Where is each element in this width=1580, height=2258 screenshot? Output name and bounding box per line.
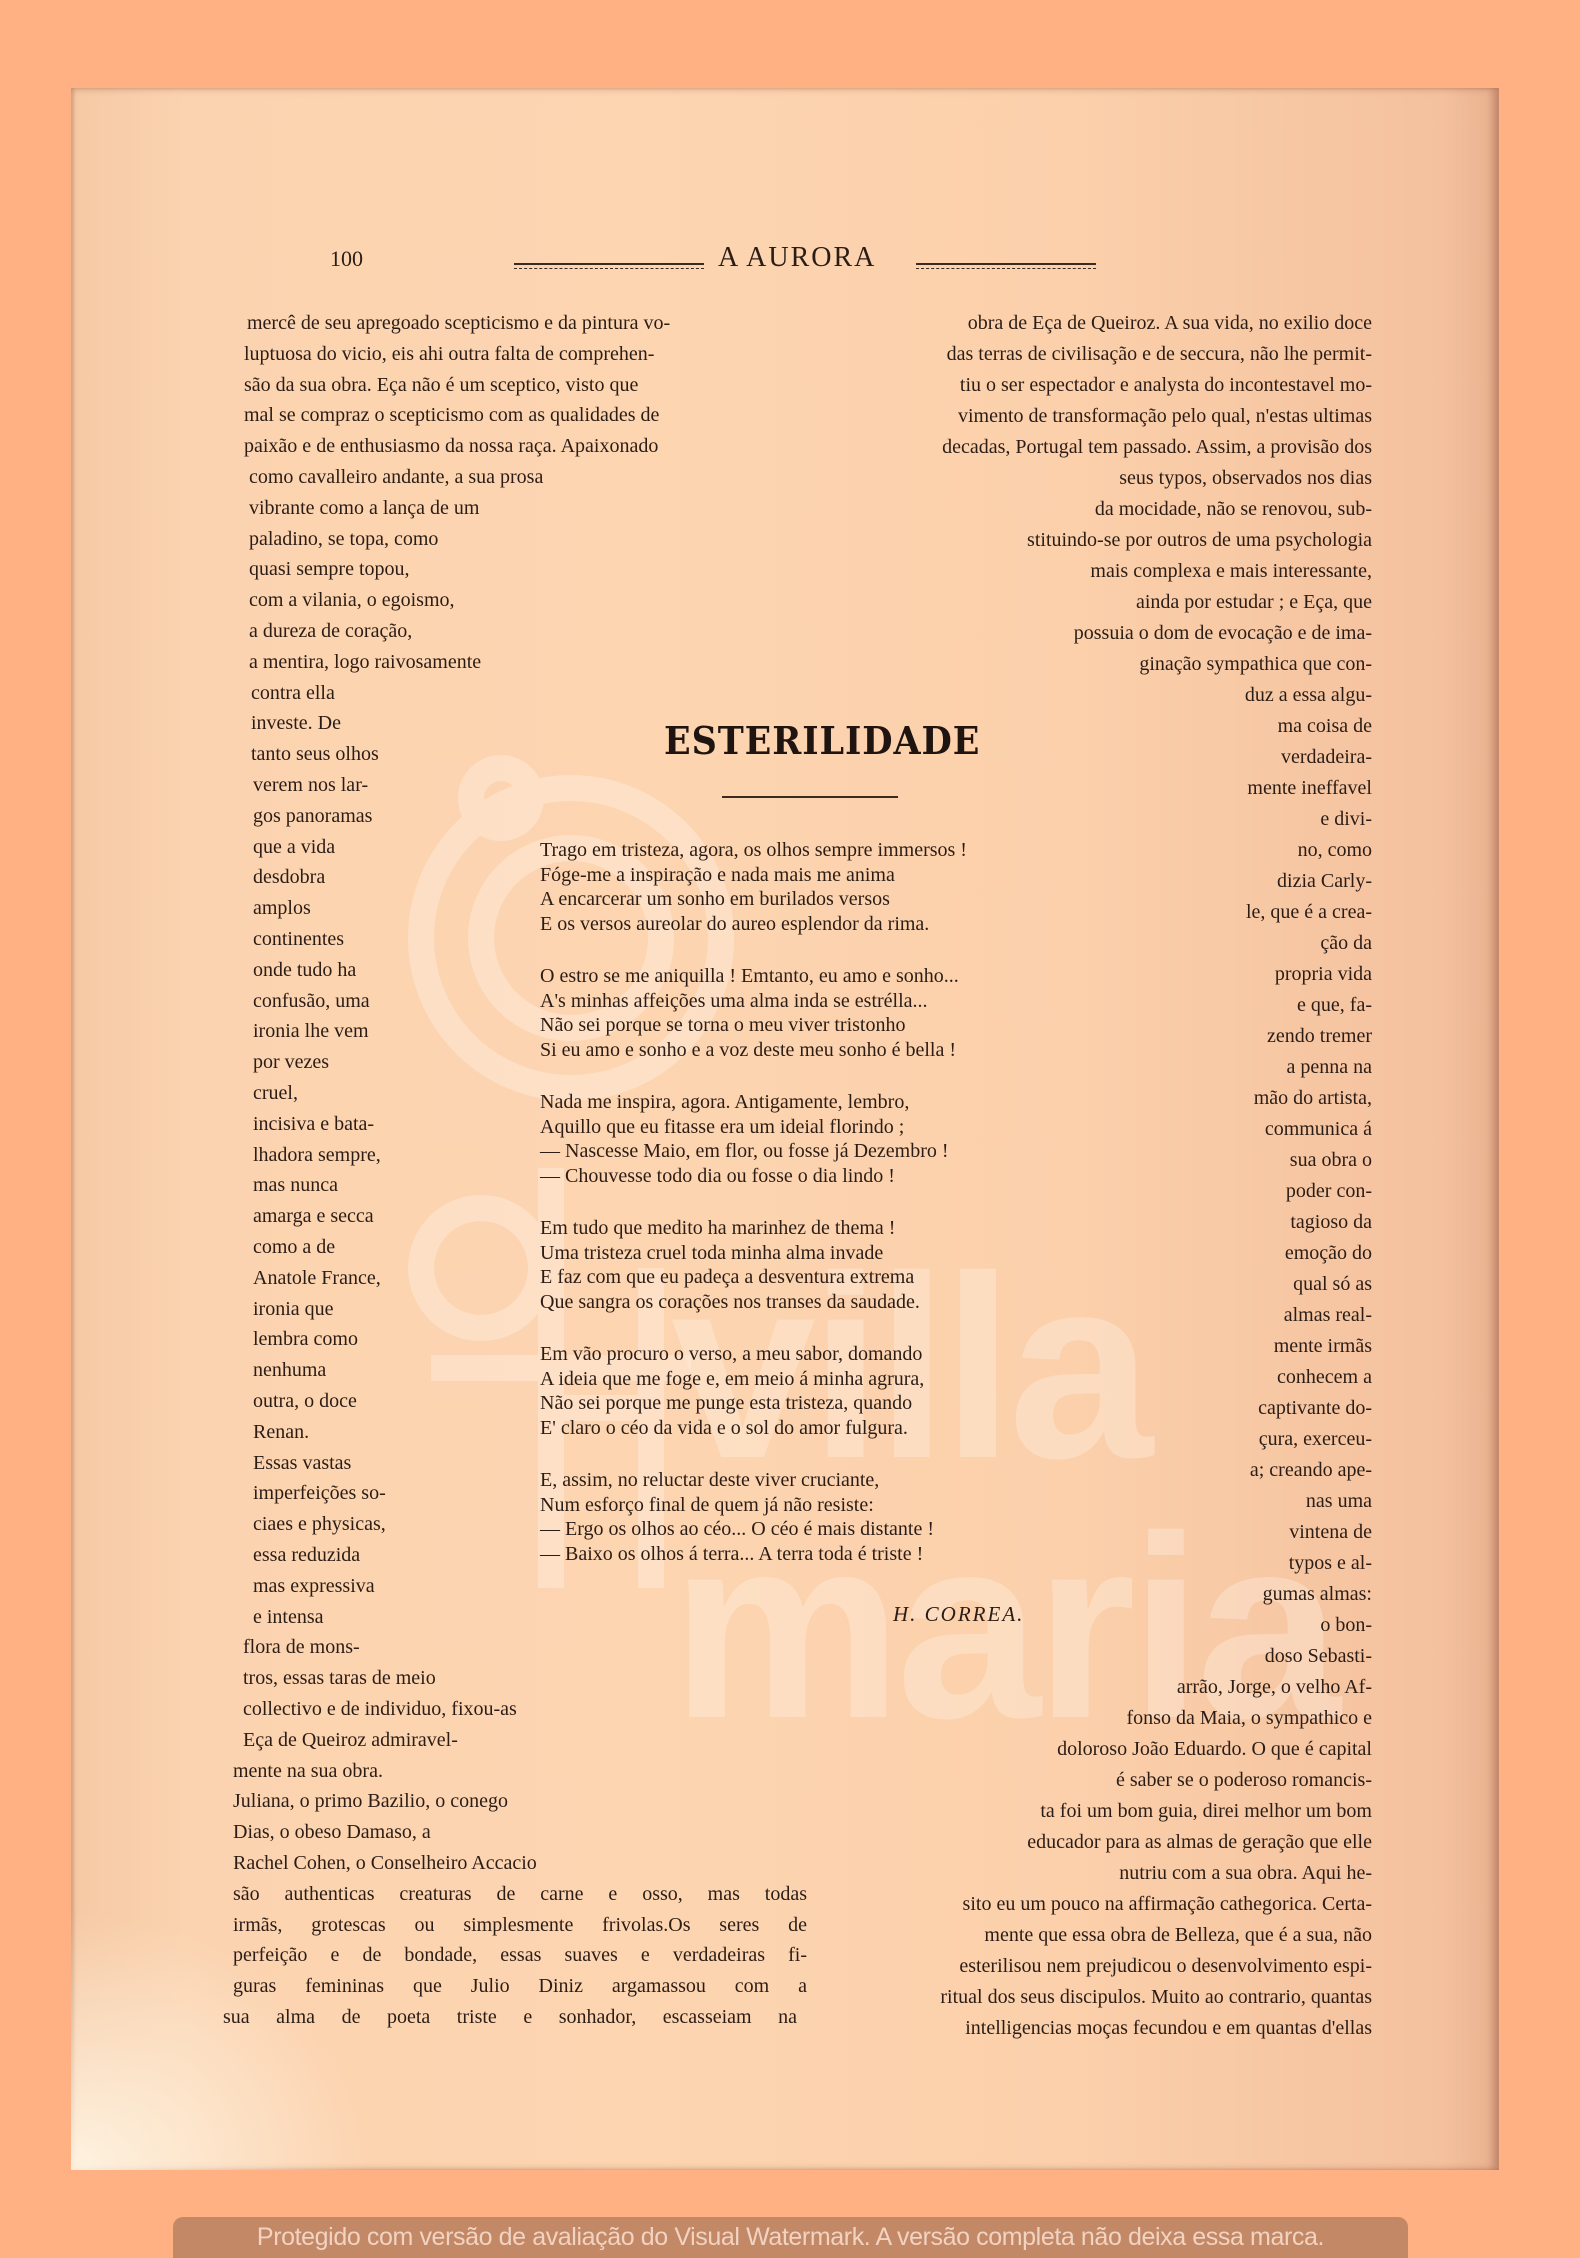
- left-column-line: como cavalleiro andante, a sua prosa: [249, 462, 543, 493]
- left-column-line: amplos: [253, 893, 311, 924]
- right-column-line: qual só as: [1293, 1269, 1372, 1300]
- poem-title: ESTERILIDADE: [664, 718, 980, 763]
- right-column-line: emoção do: [1285, 1238, 1372, 1269]
- right-column-line: arrão, Jorge, o velho Af-: [1177, 1672, 1372, 1703]
- right-column-line: mente que essa obra de Belleza, que é a …: [984, 1920, 1372, 1951]
- left-column-line: irmãs, grotescas ou simplesmente frivola…: [233, 1910, 807, 1941]
- left-column-line: continentes: [253, 924, 344, 955]
- right-column-line: das terras de civilisação e de seccura, …: [947, 339, 1372, 370]
- left-column-line: vibrante como a lança de um: [249, 493, 479, 524]
- right-column-line: ainda por estudar ; e Eça, que: [1136, 587, 1372, 618]
- header-rule-right: [916, 263, 1096, 269]
- right-column-line: no, como: [1298, 835, 1372, 866]
- left-column-line: ciaes e physicas,: [253, 1509, 386, 1540]
- left-column-line: amarga e secca: [253, 1201, 374, 1232]
- right-column-line: doloroso João Eduardo. O que é capital: [1057, 1734, 1372, 1765]
- poem-line: Uma tristeza cruel toda minha alma invad…: [540, 1241, 883, 1265]
- right-column-line: conhecem a: [1277, 1362, 1372, 1393]
- right-column-line: mente ineffavel: [1247, 773, 1372, 804]
- left-column-line: incisiva e bata-: [253, 1109, 374, 1140]
- header-rule-left: [514, 263, 704, 269]
- right-column-line: da mocidade, não se renovou, sub-: [1095, 494, 1372, 525]
- left-column-line: lhadora sempre,: [253, 1140, 381, 1171]
- right-column-line: gumas almas:: [1263, 1579, 1372, 1610]
- left-column-line: flora de mons-: [243, 1632, 360, 1663]
- left-column-line: Anatole France,: [253, 1263, 381, 1294]
- right-column-line: nutriu com a sua obra. Aqui he-: [1119, 1858, 1372, 1889]
- left-column-line: com a vilania, o egoismo,: [249, 585, 455, 616]
- left-column-line: onde tudo ha: [253, 955, 356, 986]
- right-column-line: ma coisa de: [1278, 711, 1372, 742]
- left-column-line: imperfeições so-: [253, 1478, 386, 1509]
- left-column-line: Juliana, o primo Bazilio, o conego: [233, 1786, 508, 1817]
- right-column-line: possuia o dom de evocação e de ima-: [1074, 618, 1372, 649]
- poem-line: Fóge-me a inspiração e nada mais me anim…: [540, 863, 895, 887]
- left-column-line: que a vida: [253, 832, 335, 863]
- right-column-line: mão do artista,: [1254, 1083, 1372, 1114]
- poem-line: Aquillo que eu fitasse era um ideial flo…: [540, 1115, 904, 1139]
- right-column-line: seus typos, observados nos dias: [1119, 463, 1372, 494]
- poem-line: Não sei porque me punge esta tristeza, q…: [540, 1391, 912, 1415]
- left-column-line: mas expressiva: [253, 1571, 375, 1602]
- right-column-line: vintena de: [1289, 1517, 1372, 1548]
- right-column-line: captivante do-: [1258, 1393, 1372, 1424]
- poem-line: A encarcerar um sonho em burilados verso…: [540, 887, 890, 911]
- left-column-line: collectivo e de individuo, fixou-as: [243, 1694, 517, 1725]
- left-column-line: luptuosa do vicio, eis ahi outra falta d…: [244, 339, 654, 370]
- left-column-line: Essas vastas: [253, 1448, 351, 1479]
- right-column-line: vimento de transformação pelo qual, n'es…: [958, 401, 1372, 432]
- left-column-line: confusão, uma: [253, 986, 370, 1017]
- right-column-line: dizia Carly-: [1277, 866, 1372, 897]
- right-column-line: propria vida: [1275, 959, 1372, 990]
- right-column-line: é saber se o poderoso romancis-: [1116, 1765, 1372, 1796]
- right-column-line: typos e al-: [1289, 1548, 1372, 1579]
- right-column-line: duz a essa algu-: [1245, 680, 1372, 711]
- left-column-line: gos panoramas: [253, 801, 372, 832]
- left-column-line: outra, o doce: [253, 1386, 357, 1417]
- right-column-line: le, que é a crea-: [1246, 897, 1372, 928]
- left-column-line: nenhuma: [253, 1355, 326, 1386]
- left-column-line: a mentira, logo raivosamente: [249, 647, 481, 678]
- right-column-line: decadas, Portugal tem passado. Assim, a …: [942, 432, 1372, 463]
- poem-line: Num esforço final de quem já não resiste…: [540, 1493, 874, 1517]
- right-column-line: o bon-: [1320, 1610, 1372, 1641]
- right-column-line: ritual dos seus discipulos. Muito ao con…: [940, 1982, 1372, 2013]
- page-number: 100: [330, 246, 363, 272]
- right-column-line: mais complexa e mais interessante,: [1090, 556, 1372, 587]
- right-column-line: a; creando ape-: [1250, 1455, 1372, 1486]
- right-column-line: almas real-: [1284, 1300, 1372, 1331]
- right-column-line: e divi-: [1320, 804, 1372, 835]
- right-column-line: çura, exerceu-: [1259, 1424, 1372, 1455]
- poem-line: — Baixo os olhos á terra... A terra toda…: [540, 1542, 923, 1566]
- left-column-line: quasi sempre topou,: [249, 554, 410, 585]
- poem-line: — Nascesse Maio, em flor, ou fosse já De…: [540, 1139, 949, 1163]
- poem-line: O estro se me aniquilla ! Emtanto, eu am…: [540, 964, 959, 988]
- poem-line: Em tudo que medito ha marinhez de thema …: [540, 1216, 895, 1240]
- poem-line: E os versos aureolar do aureo esplendor …: [540, 912, 929, 936]
- left-column-line: e intensa: [253, 1602, 324, 1633]
- left-column-line: a dureza de coração,: [249, 616, 412, 647]
- left-column-line: mal se compraz o scepticismo com as qual…: [244, 400, 659, 431]
- poem-line: Em vão procuro o verso, a meu sabor, dom…: [540, 1342, 922, 1366]
- left-column-line: lembra como: [253, 1324, 358, 1355]
- left-column-line: mente na sua obra.: [233, 1756, 383, 1787]
- right-column-line: intelligencias moças fecundou e em quant…: [965, 2013, 1372, 2044]
- left-column-line: Renan.: [253, 1417, 309, 1448]
- right-column-line: e que, fa-: [1297, 990, 1372, 1021]
- right-column-line: communica á: [1265, 1114, 1372, 1145]
- right-column-line: obra de Eça de Queiroz. A sua vida, no e…: [968, 308, 1372, 339]
- right-column-line: tagioso da: [1290, 1207, 1372, 1238]
- left-column-line: como a de: [253, 1232, 335, 1263]
- right-column-line: poder con-: [1286, 1176, 1372, 1207]
- left-column-line: Dias, o obeso Damaso, a: [233, 1817, 431, 1848]
- left-column-line: perfeição e de bondade, essas suaves e v…: [233, 1940, 807, 1971]
- right-column-line: a penna na: [1286, 1052, 1372, 1083]
- right-column-line: sua obra o: [1290, 1145, 1372, 1176]
- right-column-line: zendo tremer: [1267, 1021, 1372, 1052]
- right-column-line: verdadeira-: [1281, 742, 1372, 773]
- poem-line: A ideia que me foge e, em meio á minha a…: [540, 1367, 924, 1391]
- left-column-line: por vezes: [253, 1047, 329, 1078]
- poem-line: E, assim, no reluctar deste viver crucia…: [540, 1468, 879, 1492]
- poem-line: Si eu amo e sonho e a voz deste meu sonh…: [540, 1038, 956, 1062]
- left-column-line: mas nunca: [253, 1170, 338, 1201]
- left-column-line: sua alma de poeta triste e sonhador, esc…: [223, 2002, 797, 2033]
- left-column-line: paladino, se topa, como: [249, 524, 438, 555]
- poem-line: Trago em tristeza, agora, os olhos sempr…: [540, 838, 967, 862]
- poem-line: — Chouvesse todo dia ou fosse o dia lind…: [540, 1164, 895, 1188]
- left-column-line: ironia que: [253, 1294, 334, 1325]
- right-column-line: esterilisou nem prejudicou o desenvolvim…: [959, 1951, 1372, 1982]
- left-column-line: desdobra: [253, 862, 325, 893]
- left-column-line: ironia lhe vem: [253, 1016, 369, 1047]
- left-column-line: Rachel Cohen, o Conselheiro Accacio: [233, 1848, 537, 1879]
- right-column-line: educador para as almas de geração que el…: [1027, 1827, 1372, 1858]
- right-column-line: stituindo-se por outros de uma psycholog…: [1027, 525, 1372, 556]
- left-column-line: tros, essas taras de meio: [243, 1663, 436, 1694]
- poem-line: A's minhas affeições uma alma inda se es…: [540, 989, 928, 1013]
- publication-title: A AURORA: [718, 242, 876, 274]
- left-column-line: paixão e de enthusiasmo da nossa raça. A…: [244, 431, 658, 462]
- poem-line: Que sangra os corações nos transes da sa…: [540, 1290, 920, 1314]
- left-column-line: guras femininas que Julio Diniz argamass…: [233, 1971, 807, 2002]
- right-column-line: ta foi um bom guia, direi melhor um bom: [1040, 1796, 1372, 1827]
- right-column-line: sito eu um pouco na affirmação cathegori…: [963, 1889, 1372, 1920]
- poem-line: — Ergo os olhos ao céo... O céo é mais d…: [540, 1517, 934, 1541]
- left-column-line: essa reduzida: [253, 1540, 360, 1571]
- right-column-line: ginação sympathica que con-: [1139, 649, 1372, 680]
- poem-signature: H. CORREA.: [893, 1602, 1024, 1627]
- right-column-line: nas uma: [1306, 1486, 1372, 1517]
- left-column-line: tanto seus olhos: [251, 739, 379, 770]
- poem-line: E' claro o céo da vida e o sol do amor f…: [540, 1416, 908, 1440]
- left-column-line: mercê de seu apregoado scepticismo e da …: [247, 308, 670, 339]
- right-column-line: ção da: [1320, 928, 1372, 959]
- poem-line: Não sei porque se torna o meu viver tris…: [540, 1013, 905, 1037]
- left-column-line: verem nos lar-: [253, 770, 368, 801]
- poem-title-rule: [722, 796, 898, 801]
- left-column-line: são da sua obra. Eça não é um sceptico, …: [244, 370, 638, 401]
- left-column-line: Eça de Queiroz admiravel-: [243, 1725, 458, 1756]
- poem-line: Nada me inspira, agora. Antigamente, lem…: [540, 1090, 909, 1114]
- right-column-line: tiu o ser espectador e analysta do incon…: [960, 370, 1372, 401]
- left-column-line: investe. De: [251, 708, 341, 739]
- left-column-line: contra ella: [251, 678, 335, 709]
- poem-line: E faz com que eu padeça a desventura ext…: [540, 1265, 914, 1289]
- watermark-notice: Protegido com versão de avaliação do Vis…: [173, 2217, 1408, 2258]
- right-column-line: mente irmãs: [1274, 1331, 1372, 1362]
- left-column-line: cruel,: [253, 1078, 298, 1109]
- left-column-line: são authenticas creaturas de carne e oss…: [233, 1879, 807, 1910]
- right-column-line: fonso da Maia, o sympathico e: [1127, 1703, 1373, 1734]
- right-column-line: doso Sebasti-: [1265, 1641, 1372, 1672]
